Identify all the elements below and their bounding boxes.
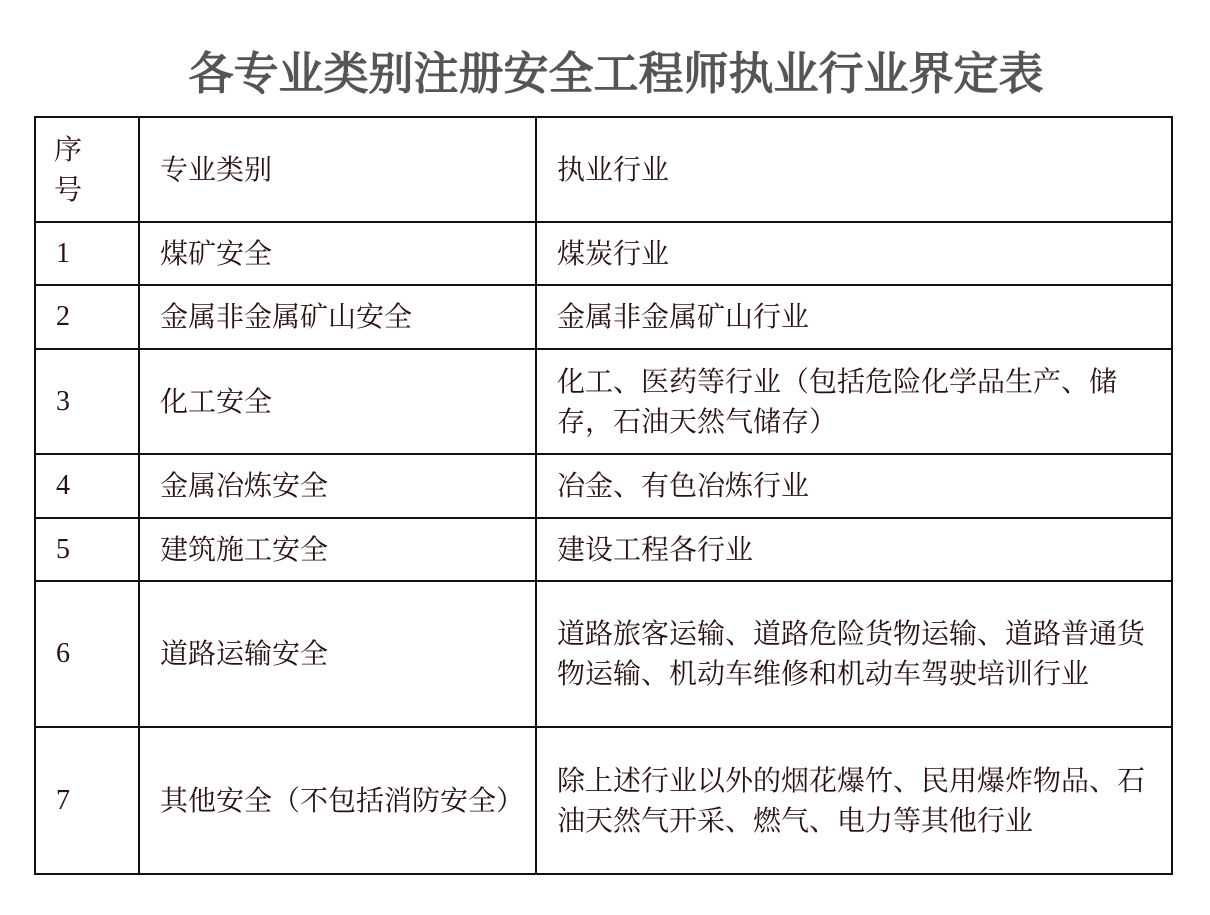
table-row: 1 煤矿安全 煤炭行业: [35, 222, 1172, 285]
cell-number: 6: [35, 581, 139, 727]
cell-number: 1: [35, 222, 139, 285]
table-row: 7 其他安全（不包括消防安全） 除上述行业以外的烟花爆竹、民用爆炸物品、石油天然…: [35, 727, 1172, 874]
cell-category: 化工安全: [139, 349, 536, 454]
cell-number: 2: [35, 285, 139, 349]
page-title: 各专业类别注册安全工程师执业行业界定表: [0, 44, 1210, 104]
table-row: 3 化工安全 化工、医药等行业（包括危险化学品生产、储存，石油天然气储存）: [35, 349, 1172, 454]
table-row: 5 建筑施工安全 建设工程各行业: [35, 518, 1172, 581]
cell-industry: 化工、医药等行业（包括危险化学品生产、储存，石油天然气储存）: [536, 349, 1172, 454]
cell-industry: 金属非金属矿山行业: [536, 285, 1172, 349]
cell-industry: 煤炭行业: [536, 222, 1172, 285]
table-row: 6 道路运输安全 道路旅客运输、道路危险货物运输、道路普通货物运输、机动车维修和…: [35, 581, 1172, 727]
cell-category: 道路运输安全: [139, 581, 536, 727]
cell-category: 其他安全（不包括消防安全）: [139, 727, 536, 874]
cell-number: 5: [35, 518, 139, 581]
header-industry: 执业行业: [536, 117, 1172, 222]
cell-number: 3: [35, 349, 139, 454]
header-number: 序号: [35, 117, 139, 222]
cell-industry: 冶金、有色冶炼行业: [536, 454, 1172, 518]
header-category: 专业类别: [139, 117, 536, 222]
definition-table: 序号 专业类别 执业行业 1 煤矿安全 煤炭行业 2 金属非金属矿山安全 金属非…: [34, 116, 1173, 875]
cell-industry: 道路旅客运输、道路危险货物运输、道路普通货物运输、机动车维修和机动车驾驶培训行业: [536, 581, 1172, 727]
cell-category: 金属冶炼安全: [139, 454, 536, 518]
table-header-row: 序号 专业类别 执业行业: [35, 117, 1172, 222]
table-row: 2 金属非金属矿山安全 金属非金属矿山行业: [35, 285, 1172, 349]
cell-category: 煤矿安全: [139, 222, 536, 285]
cell-number: 4: [35, 454, 139, 518]
table-row: 4 金属冶炼安全 冶金、有色冶炼行业: [35, 454, 1172, 518]
cell-industry: 建设工程各行业: [536, 518, 1172, 581]
cell-number: 7: [35, 727, 139, 874]
cell-industry: 除上述行业以外的烟花爆竹、民用爆炸物品、石油天然气开采、燃气、电力等其他行业: [536, 727, 1172, 874]
cell-category: 建筑施工安全: [139, 518, 536, 581]
cell-category: 金属非金属矿山安全: [139, 285, 536, 349]
